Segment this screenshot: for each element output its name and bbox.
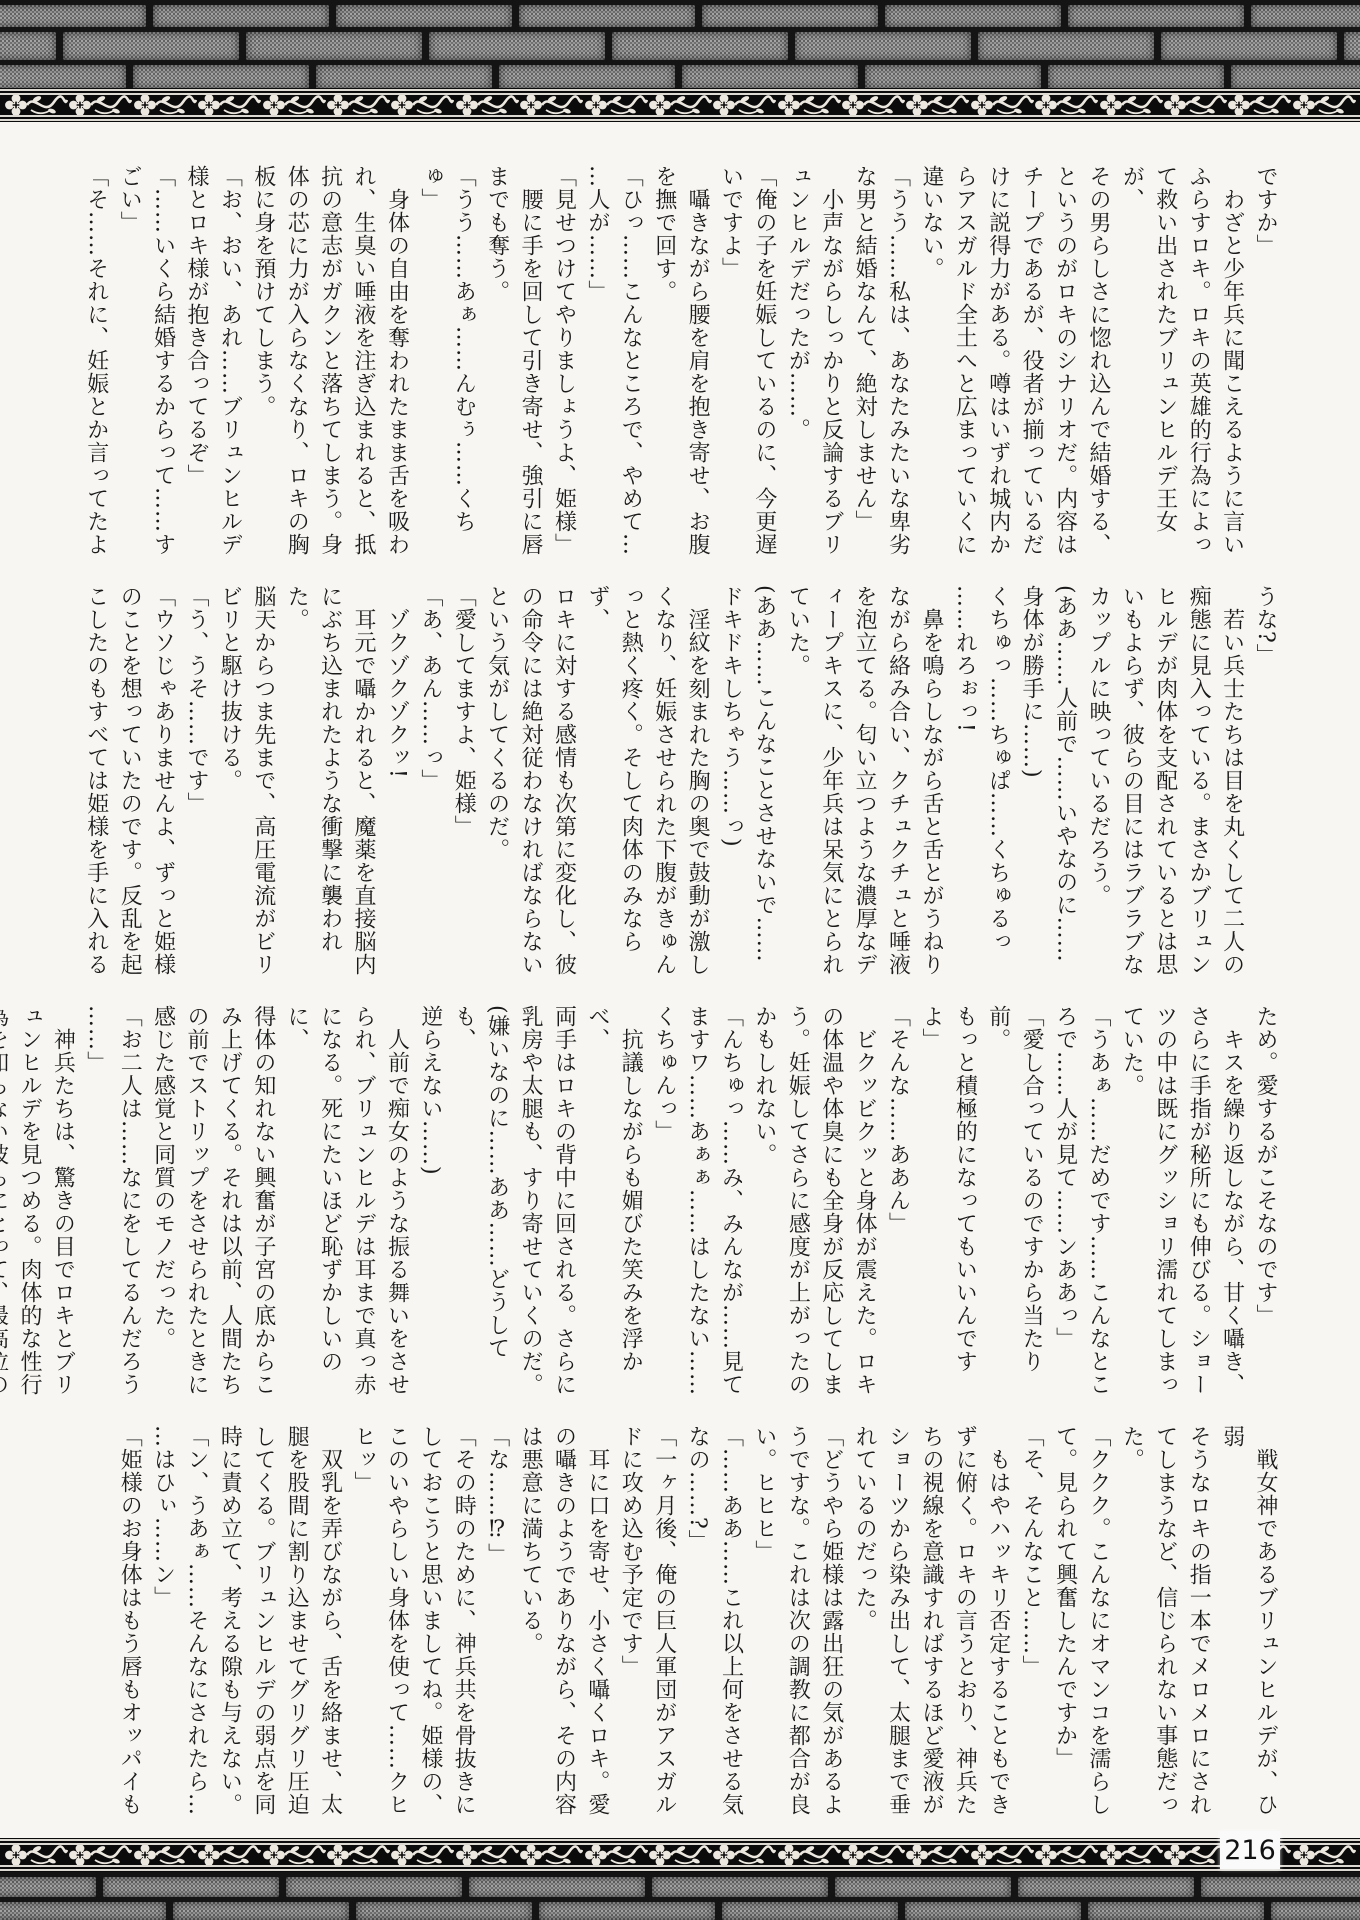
flower-vine-motif-icon [133,1843,197,1867]
text-column: という気がしてくるのだ。 [480,585,513,977]
text-column: (ああ……こんなことさせないで…… [748,585,781,977]
flower-vine-motif-icon [1292,93,1356,117]
flower-vine-motif-icon [584,93,648,117]
text-column: うですな。これは次の調教に都合が良 [781,1425,814,1817]
text-column: 腰に手を回して引き寄せ、強引に唇 [514,165,547,557]
text-column: 「ククク。こんなにオマンコを濡らし [1082,1425,1115,1817]
flower-vine-motif-icon [777,1843,841,1867]
text-column: の前でストリップをさせられたときに [180,1005,213,1397]
stone-brick [612,32,788,60]
text-column: 神兵たちは、驚きの目でロキとブリ [46,1005,79,1397]
flower-vine-motif-icon [519,1843,583,1867]
text-column: らアスガルド全土へと広まっていくに [948,165,981,557]
flower-vine-motif-icon [390,1843,454,1867]
flower-vine-motif-icon [648,93,712,117]
flower-vine-motif-icon [1034,93,1098,117]
flower-vine-motif-icon [648,1843,712,1867]
text-column: 身体の自由を奪われたまま舌を吸わ [380,165,413,557]
flower-vine-motif-icon [455,93,519,117]
flower-vine-motif-icon [1292,1843,1356,1867]
stone-brick [1018,1877,1194,1897]
text-column: ドキドキしちゃう……っ) [714,585,747,977]
text-column: …はひぃ……ン」 [146,1425,179,1817]
text-column: 「ウソじゃありませんよ、ずっと姫様 [146,585,179,977]
flower-vine-motif-icon [1227,93,1291,117]
text-column: ため。愛するがこそなのです」 [1249,1005,1282,1397]
flower-vine-motif-icon [390,93,454,117]
flower-vine-motif-icon [1099,1843,1163,1867]
text-column: ロキに対する感情も次第に変化し、彼 [547,585,580,977]
text-column: 抗の意志がガクンと落ちてしまう。身 [313,165,346,557]
stone-brick [246,32,422,60]
text-column: て。見られて興奮したんですか」 [1048,1425,1081,1817]
text-column: 抗議しながらも媚びた笑みを浮かべ、 [580,1005,647,1397]
stone-brick [356,1902,532,1920]
text-column: その男らしさに惚れ込んで結婚する、 [1082,165,1115,557]
text-column: というのがロキのシナリオだ。内容は [1048,165,1081,557]
flower-vine-motif-icon [68,1843,132,1867]
text-column: を撫で回す。 [647,165,680,557]
text-column: てしまうなど、信じられない事態だっ [1148,1425,1181,1817]
flower-vine-motif-icon [841,1843,905,1867]
text-column: もはやハッキリ否定することもでき [981,1425,1014,1817]
text-column: けに説得力がある。噂はいずれ城内か [981,165,1014,557]
stone-brick [682,65,858,88]
text-column: 「姫様のお身体はもう唇もオッパイも [113,1425,146,1817]
flower-vine-motif-icon [326,1843,390,1867]
flower-vine-motif-icon [197,93,261,117]
stone-brick [0,1877,96,1897]
text-band-4: 戦女神であるブリュンヒルデが、ひ弱そうなロキの指一本でメロメロにされてしまうなど… [113,1425,1282,1817]
text-column: ヒルデが肉体を支配されているとは思 [1148,585,1181,977]
text-column: 「ン、うあぁ……そんなにされたら… [180,1425,213,1817]
text-column: ていた。 [781,585,814,977]
text-column: なの……?」 [681,1425,714,1817]
text-column: 「うう……あぁ……んむぅ……くちゅ」 [413,165,480,557]
stone-brick [499,65,675,88]
stone-brick [286,1877,462,1897]
flower-vine-motif-icon [262,1843,326,1867]
text-column: な男と結婚なんて、絶対しません」 [848,165,881,557]
text-band-2: うな?」若い兵士たちは目を丸くして二人の痴態に見入っている。まさかブリュンヒルデ… [79,585,1282,977]
text-column: 耳に口を寄せ、小さく囁くロキ。愛 [580,1425,613,1817]
text-column: れているのだった。 [848,1425,881,1817]
text-column: ビリと駆け抜ける。 [213,585,246,977]
text-column: 「愛してますよ、姫様」 [447,585,480,977]
stone-brick [1048,65,1224,88]
text-column: 時に責め立て、考える隙も与えない。 [213,1425,246,1817]
stone-brick [539,1902,715,1920]
flower-vine-motif-icon [4,1843,68,1867]
flower-vine-motif-icon [584,1843,648,1867]
text-column: っと熱く疼く。そして肉体のみならず、 [580,585,647,977]
ornament-border-bottom [0,1838,1360,1872]
text-column: ていた。 [1115,1005,1148,1397]
text-column: カップルに映っているだろう。 [1082,585,1115,977]
stone-brick [63,32,239,60]
text-column: うな?」 [1249,585,1282,977]
text-column: いですよ」 [714,165,747,557]
text-column: かもしれない。 [748,1005,781,1397]
text-column: 逆らえない……) [413,1005,446,1397]
stone-brick [702,5,878,27]
text-column: 小声ながらしっかりと反論するブリ [814,165,847,557]
text-band-1: ですか」わざと少年兵に聞こえるように言いふらすロキ。ロキの英雄的行為によって救い… [79,165,1282,557]
text-column: してくる。ブリュンヒルデの弱点を同 [246,1425,279,1817]
text-column: ずに俯く。ロキの言うとおり、神兵た [948,1425,981,1817]
text-column: 鼻を鳴らしながら舌と舌とがうねり [915,585,948,977]
text-column: くなり、妊娠させられた下腹がきゅん [647,585,680,977]
text-column: ドに攻め込む予定です」 [614,1425,647,1817]
text-column: 戦女神であるブリュンヒルデが、ひ弱 [1215,1425,1282,1817]
brick-row [0,32,1360,60]
flower-vine-motif-icon [68,93,132,117]
stone-brick [429,32,605,60]
text-column: ろで……人が見て……ンああっ」 [1048,1005,1081,1397]
text-column: 「お、おい、あれ……ブリュンヒルデ [213,165,246,557]
flower-vine-motif-icon [4,93,68,117]
flower-vine-motif-icon [519,93,583,117]
stone-brick [0,5,146,27]
brick-wall-bottom [0,1872,1360,1920]
text-column: 耳元で囁かれると、魔薬を直接脳内 [347,585,380,977]
text-column: 「愛し合っているのですから当たり前。 [981,1005,1048,1397]
text-column: 感じた感覚と同質のモノだった。 [146,1005,179,1397]
text-column: 得体の知れない興奮が子宮の底からこ [246,1005,279,1397]
text-column: (嫌いなのに……ああ……どうしても、 [447,1005,514,1397]
flower-vine-motif-icon [970,1843,1034,1867]
stone-brick [1161,32,1337,60]
flower-vine-motif-icon [1163,1843,1227,1867]
stone-brick [795,32,971,60]
text-column: の命令には絶対従わなければならない [514,585,547,977]
flower-vine-motif-icon [197,1843,261,1867]
text-column: 「どうやら姫様は露出狂の気があるよ [814,1425,847,1817]
text-column: 「その時のために、神兵共を骨抜きに [447,1425,480,1817]
text-column: は悪意に満ちている。 [514,1425,547,1817]
text-column: のことを想っていたのです。反乱を起 [113,585,146,977]
flower-vine-motif-icon [1163,93,1227,117]
flower-vine-motif-icon [1099,93,1163,117]
text-column: 「そ……それに、妊娠とか言ってたよ [79,165,112,557]
text-column: の囁きのようでありながら、その内容 [547,1425,580,1817]
text-column: そうなロキの指一本でメロメロにされ [1182,1425,1215,1817]
flower-vine-motif-icon [841,93,905,117]
text-column: さらに手指が秘所にも伸びる。ショー [1182,1005,1215,1397]
text-column: 囁きながら腰を肩を抱き寄せ、お腹 [681,165,714,557]
text-column: ュンヒルデを見つめる。肉体的な性行 [13,1005,46,1397]
text-column: ヒッ」 [347,1425,380,1817]
stone-brick [1068,5,1244,27]
stone-brick [1251,5,1360,27]
text-column: 乳房や太腿も、すり寄せていくのだ。 [514,1005,547,1397]
text-column: 「俺の子を妊娠しているのに、今更遅 [748,165,781,557]
brick-row [0,65,1360,88]
text-column: 違いない。 [915,165,948,557]
text-column: 腿を股間に割り込ませてグリグリ圧迫 [280,1425,313,1817]
text-column: 「一ヶ月後、俺の巨人軍団がアスガル [647,1425,680,1817]
text-column: 「ひっ……こんなところで、やめて… [614,165,647,557]
text-column: ショーツから染み出して、太腿まで垂 [881,1425,914,1817]
text-column: 「んちゅっ……み、みんなが……見て [714,1005,747,1397]
flower-vine-motif-icon [262,93,326,117]
flower-vine-motif-icon [970,93,1034,117]
flower-vine-motif-icon [455,1843,519,1867]
text-column: 若い兵士たちは目を丸くして二人の [1215,585,1248,977]
text-column: もっと積極的になってもいいんですよ」 [915,1005,982,1397]
text-column: 「う、うそ……です」 [180,585,213,977]
text-column: 「そ、そんなこと……」 [1015,1425,1048,1817]
text-column: 体の芯に力が入らなくなり、ロキの胸 [280,165,313,557]
text-column: …人が……」 [580,165,613,557]
text-column: にぶち込まれたような衝撃に襲われた。 [280,585,347,977]
text-column: 「あ、あん……っ」 [413,585,446,977]
flower-vine-motif-icon [1034,1843,1098,1867]
text-column: い。ヒヒヒ」 [748,1425,781,1817]
text-column: 脳天からつま先まで、高圧電流がビリ [246,585,279,977]
brick-row [0,5,1360,27]
stone-brick [519,5,695,27]
text-column: 「見せつけてやりましょうよ、姫様」 [547,165,580,557]
stone-brick [835,1877,1011,1897]
text-column: このいやらしい身体を使って……クヒ [380,1425,413,1817]
stone-brick [722,1902,898,1920]
stone-brick [316,65,492,88]
text-column: ュンヒルデだったが……。 [781,165,814,557]
stone-brick [1088,1902,1264,1920]
flower-vine-motif-icon [712,93,776,117]
text-column: ビクッビクッと身体が震えた。ロキ [848,1005,881,1397]
text-column: 「……ああ……これ以上何をさせる気 [714,1425,747,1817]
text-column: 様とロキ様が抱き合ってるぞ」 [180,165,213,557]
text-column: 「そんな……ああん」 [881,1005,914,1397]
text-column: 「……いくら結婚するからって……す [146,165,179,557]
stone-brick [1344,32,1360,60]
brick-wall-top [0,0,1360,88]
book-page: ですか」わざと少年兵に聞こえるように言いふらすロキ。ロキの英雄的行為によって救い… [0,0,1360,1920]
text-column: ですか」 [1249,165,1282,557]
text-column: 身体が勝手に……) [1015,585,1048,977]
text-column: わざと少年兵に聞こえるように言い [1215,165,1248,557]
text-column: 痴態に見入っている。まさかブリュン [1182,585,1215,977]
text-column: ふらすロキ。ロキの英雄的行為によっ [1182,165,1215,557]
text-column: 板に身を預けてしまう。 [246,165,279,557]
text-column: キスを繰り返しながら、甘く囁き、 [1215,1005,1248,1397]
stone-brick [103,1877,279,1897]
stone-brick [0,32,56,60]
text-column: を泡立てる。匂い立つような濃厚なデ [848,585,881,977]
text-column: 「うあぁ……だめです……こんなとこ [1082,1005,1115,1397]
text-column: の体温や体臭にも全身が反応してしま [814,1005,847,1397]
text-column: になる。死にたいほど恥ずかしいのに、 [280,1005,347,1397]
brick-row [0,1902,1360,1920]
page-number: 216 [1220,1831,1280,1869]
stone-brick [1271,1902,1360,1920]
text-column: 淫紋を刻まれた胸の奥で鼓動が激し [681,585,714,977]
text-column: み上げてくる。それは以前、人間たち [213,1005,246,1397]
stone-brick [173,1902,349,1920]
stone-brick [336,5,512,27]
stone-brick [1231,65,1360,88]
stone-brick [0,65,126,88]
text-column: た。 [1115,1425,1148,1817]
flower-vine-motif-icon [712,1843,776,1867]
stone-brick [0,1902,166,1920]
text-column: ……」 [79,1005,112,1397]
flower-vine-motif-icon [905,93,969,117]
stone-brick [133,65,309,88]
stone-brick [1201,1877,1360,1897]
stone-brick [978,32,1154,60]
text-column: ますワ……あぁぁ……はしたない…… [681,1005,714,1397]
flower-vine-motif-icon [905,1843,969,1867]
stone-brick [469,1877,645,1897]
text-column: くちゅっ……ちゅぱ……くちゅるっ [981,585,1014,977]
text-column: ごい」 [113,165,146,557]
stone-brick [652,1877,828,1897]
text-column: くちゅんっ」 [647,1005,680,1397]
stone-brick [885,5,1061,27]
text-column: (ああ……人前で……いやなのに…… [1048,585,1081,977]
text-column: いもよらず、彼らの目にはラブラブな [1115,585,1148,977]
text-column: 両手はロキの背中に回される。さらに [547,1005,580,1397]
brick-row [0,1877,1360,1897]
text-column: う。妊娠してさらに感度が上がったの [781,1005,814,1397]
text-column: 為を知らない彼らにとって、最高位の [0,1005,13,1397]
ornament-border-top [0,88,1360,122]
text-column: 双乳を弄びながら、舌を絡ませ、太 [313,1425,346,1817]
text-column: 「な……⁉」 [480,1425,513,1817]
flower-vine-motif-icon [133,93,197,117]
text-column: ゾクゾクゾクッ! [380,585,413,977]
text-column: れ、生臭い唾液を注ぎ込まれると、抵 [347,165,380,557]
text-column: ……れろぉっ! [948,585,981,977]
text-column: ィープキスに、少年兵は呆気にとられ [814,585,847,977]
flower-vine-motif-icon [326,93,390,117]
text-column: ちの視線を意識すればするほど愛液が [915,1425,948,1817]
stone-brick [865,65,1041,88]
text-column: しておこうと思いましてね。姫様の、 [413,1425,446,1817]
text-column: こしたのもすべては姫様を手に入れる [79,585,112,977]
text-column: までも奪う。 [480,165,513,557]
text-column: ツの中は既にグッショリ濡れてしまっ [1148,1005,1181,1397]
text-column: ながら絡み合い、クチュクチュと唾液 [881,585,914,977]
stone-brick [905,1902,1081,1920]
stone-brick [153,5,329,27]
text-column: 人前で痴女のような振る舞いをさせ [380,1005,413,1397]
text-column: て救い出されたブリュンヒルデ王女が、 [1115,165,1182,557]
flower-vine-motif-icon [777,93,841,117]
text-column: チープであるが、役者が揃っているだ [1015,165,1048,557]
text-column: 「お二人は……なにをしてるんだろう [113,1005,146,1397]
text-column: られ、ブリュンヒルデは耳まで真っ赤 [347,1005,380,1397]
text-column: 「うう……私は、あなたみたいな卑劣 [881,165,914,557]
text-band-3: ため。愛するがこそなのです」キスを繰り返しながら、甘く囁き、さらに手指が秘所にも… [0,1005,1282,1397]
